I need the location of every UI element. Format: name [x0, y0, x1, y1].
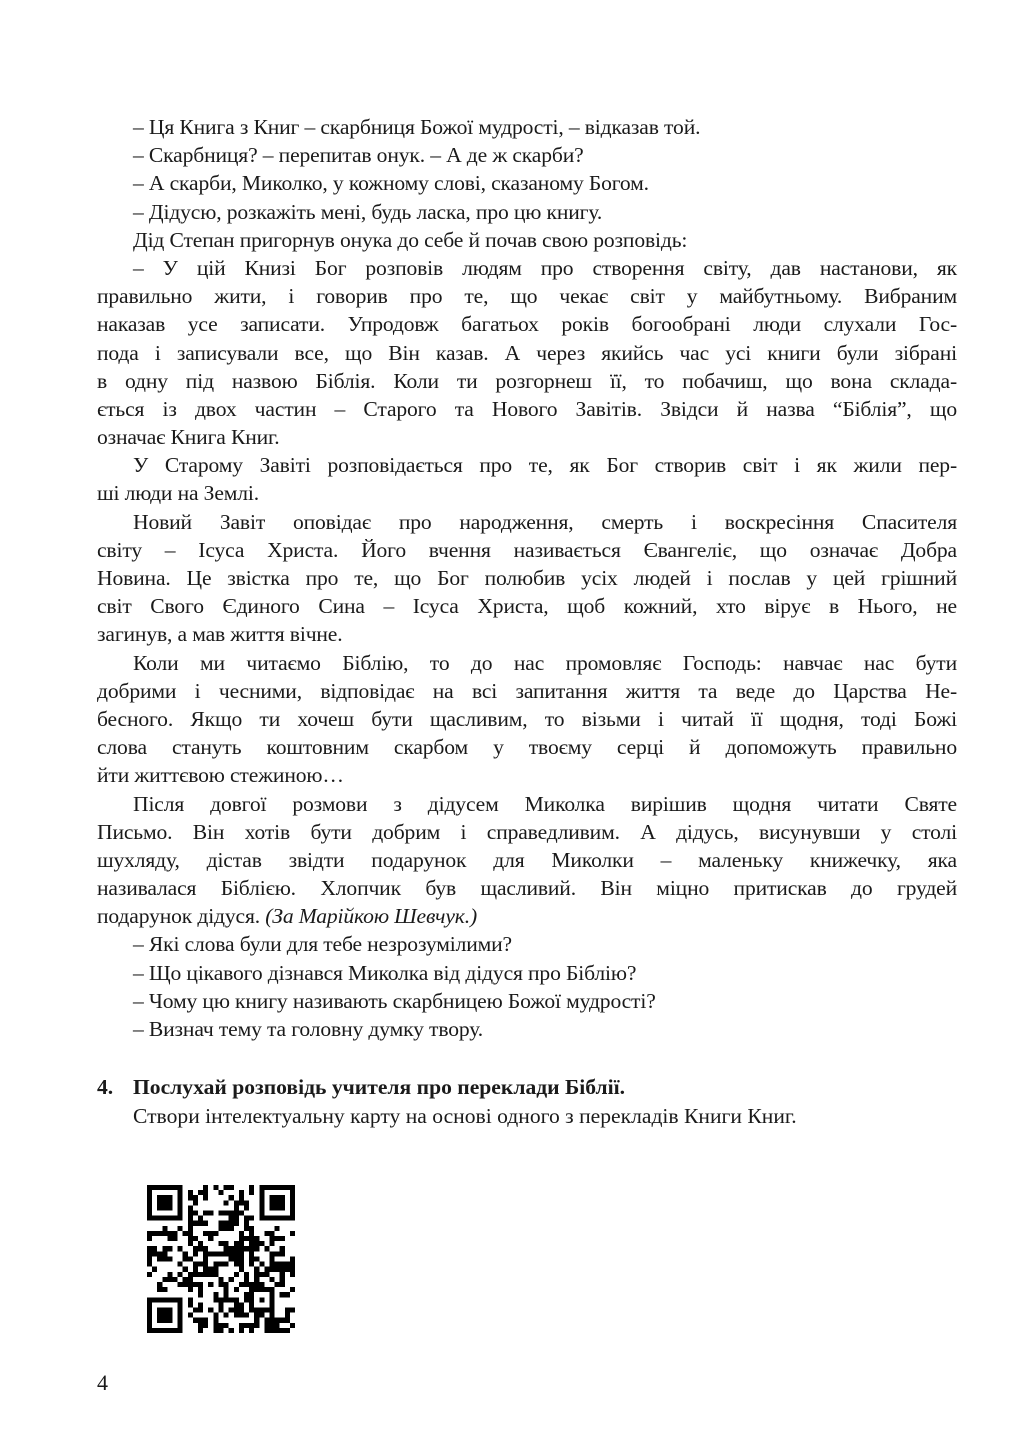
paragraph-line: загинув, а мав життя вічне.: [97, 620, 957, 648]
task-number: 4.: [97, 1073, 133, 1102]
paragraph-line: називалася Біблією. Хлопчик був щасливий…: [97, 874, 957, 902]
qr-code-graphic: [147, 1185, 295, 1333]
question-item: – Визнач тему та головну думку твору.: [97, 1015, 957, 1043]
task-instruction: Створи інтелектуальну карту на основі од…: [97, 1102, 977, 1131]
paragraph-line: Після довгої розмови з дідусем Миколка в…: [97, 790, 957, 818]
dialogue-line: – Ця Книга з Книг – скарбниця Божої мудр…: [97, 113, 957, 141]
story-text: – Ця Книга з Книг – скарбниця Божої мудр…: [97, 113, 957, 1043]
paragraph-line: слова стануть коштовним скарбом у твоєму…: [97, 733, 957, 761]
paragraph-line: пода і записували все, що Він казав. А ч…: [97, 339, 957, 367]
paragraph-line: Письмо. Він хотів бути добрим і справедл…: [97, 818, 957, 846]
paragraph-line: бесного. Якщо ти хочеш бути щасливим, то…: [97, 705, 957, 733]
task-title: Послухай розповідь учителя про переклади…: [133, 1075, 625, 1099]
paragraph-line: наказав усе записати. Упродовж багатьох …: [97, 310, 957, 338]
question-item: – Чому цю книгу називають скарбницею Бож…: [97, 987, 957, 1015]
paragraph-line: світ Свого Єдиного Сина – Ісуса Христа, …: [97, 592, 957, 620]
paragraph-line: ється із двох частин – Старого та Нового…: [97, 395, 957, 423]
question-item: – Що цікавого дізнався Миколка від дідус…: [97, 959, 957, 987]
dialogue-line: – Скарбниця? – перепитав онук. – А де ж …: [97, 141, 957, 169]
qr-code-icon[interactable]: [147, 1185, 295, 1333]
page-number: 4: [97, 1370, 108, 1396]
paragraph-line: в одну під назвою Біблія. Коли ти розгор…: [97, 367, 957, 395]
dialogue-line: Дід Степан пригорнув онука до себе й поч…: [97, 226, 957, 254]
paragraph-line: Новий Завіт оповідає про народження, сме…: [97, 508, 957, 536]
dialogue-line: – А скарби, Миколко, у кожному слові, ск…: [97, 169, 957, 197]
paragraph-line: – У цій Книзі Бог розповів людям про ств…: [97, 254, 957, 282]
paragraph-last-line: подарунок дідуся. (За Марійкою Шевчук.): [97, 902, 957, 930]
question-item: – Які слова були для тебе незрозумілими?: [97, 930, 957, 958]
task-heading: 4.Послухай розповідь учителя про перекла…: [97, 1073, 977, 1102]
dialogue-line: – Дідусю, розкажіть мені, будь ласка, пр…: [97, 198, 957, 226]
author-attribution: (За Марійкою Шевчук.): [265, 904, 477, 928]
paragraph-line: добрими і чесними, відповідає на всі зап…: [97, 677, 957, 705]
paragraph-text: подарунок дідуся.: [97, 904, 260, 928]
paragraph-line: означає Книга Книг.: [97, 423, 957, 451]
paragraph-line: світу – Ісуса Христа. Його вчення назива…: [97, 536, 957, 564]
paragraph-line: шухляду, дістав звідти подарунок для Мик…: [97, 846, 957, 874]
textbook-page: – Ця Книга з Книг – скарбниця Божої мудр…: [0, 0, 1035, 1440]
task-4: 4.Послухай розповідь учителя про перекла…: [97, 1073, 977, 1131]
paragraph-line: У Старому Завіті розповідається про те, …: [97, 451, 957, 479]
paragraph-line: ші люди на Землі.: [97, 479, 957, 507]
paragraph-line: йти життєвою стежиною…: [97, 761, 957, 789]
paragraph-line: Новина. Це звістка про те, що Бог полюби…: [97, 564, 957, 592]
paragraph-line: правильно жити, і говорив про те, що чек…: [97, 282, 957, 310]
paragraph-line: Коли ми читаємо Біблію, то до нас промов…: [97, 649, 957, 677]
